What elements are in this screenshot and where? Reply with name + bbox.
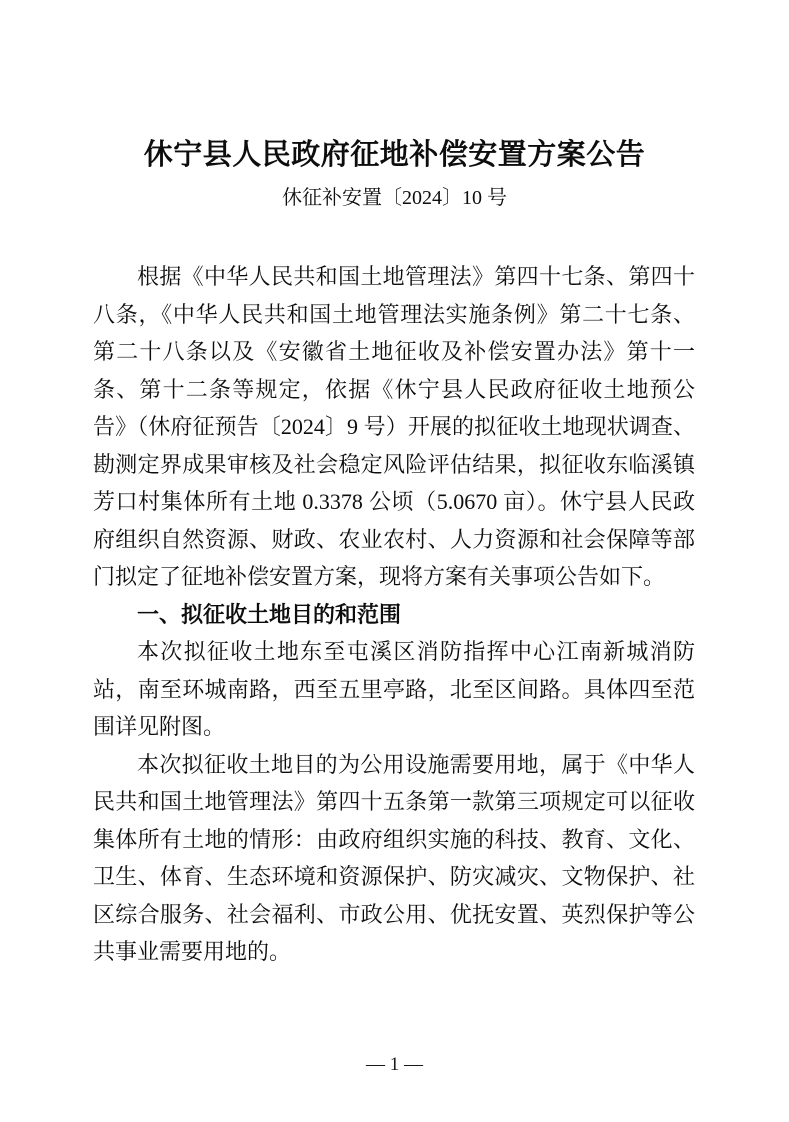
paragraph-legal-basis: 根据《中华人民共和国土地管理法》第四十七条、第四十八条，《中华人民共和国土地管理… [93,258,695,596]
document-title: 休宁县人民政府征地补偿安置方案公告 [0,0,789,175]
paragraph-land-boundaries: 本次拟征收土地东至屯溪区消防指挥中心江南新城消防站，南至环城南路，西至五里亭路，… [93,633,695,746]
page-number: — 1 — [0,1054,789,1076]
section-heading-purpose-and-scope: 一、拟征收土地目的和范围 [93,596,695,634]
paragraph-land-purpose: 本次拟征收土地目的为公用设施需要用地，属于《中华人民共和国土地管理法》第四十五条… [93,746,695,971]
document-number: 休征补安置〔2024〕10 号 [0,185,789,211]
document-body: 根据《中华人民共和国土地管理法》第四十七条、第四十八条，《中华人民共和国土地管理… [93,258,695,971]
document-page: 休宁县人民政府征地补偿安置方案公告 休征补安置〔2024〕10 号 根据《中华人… [0,0,789,1122]
